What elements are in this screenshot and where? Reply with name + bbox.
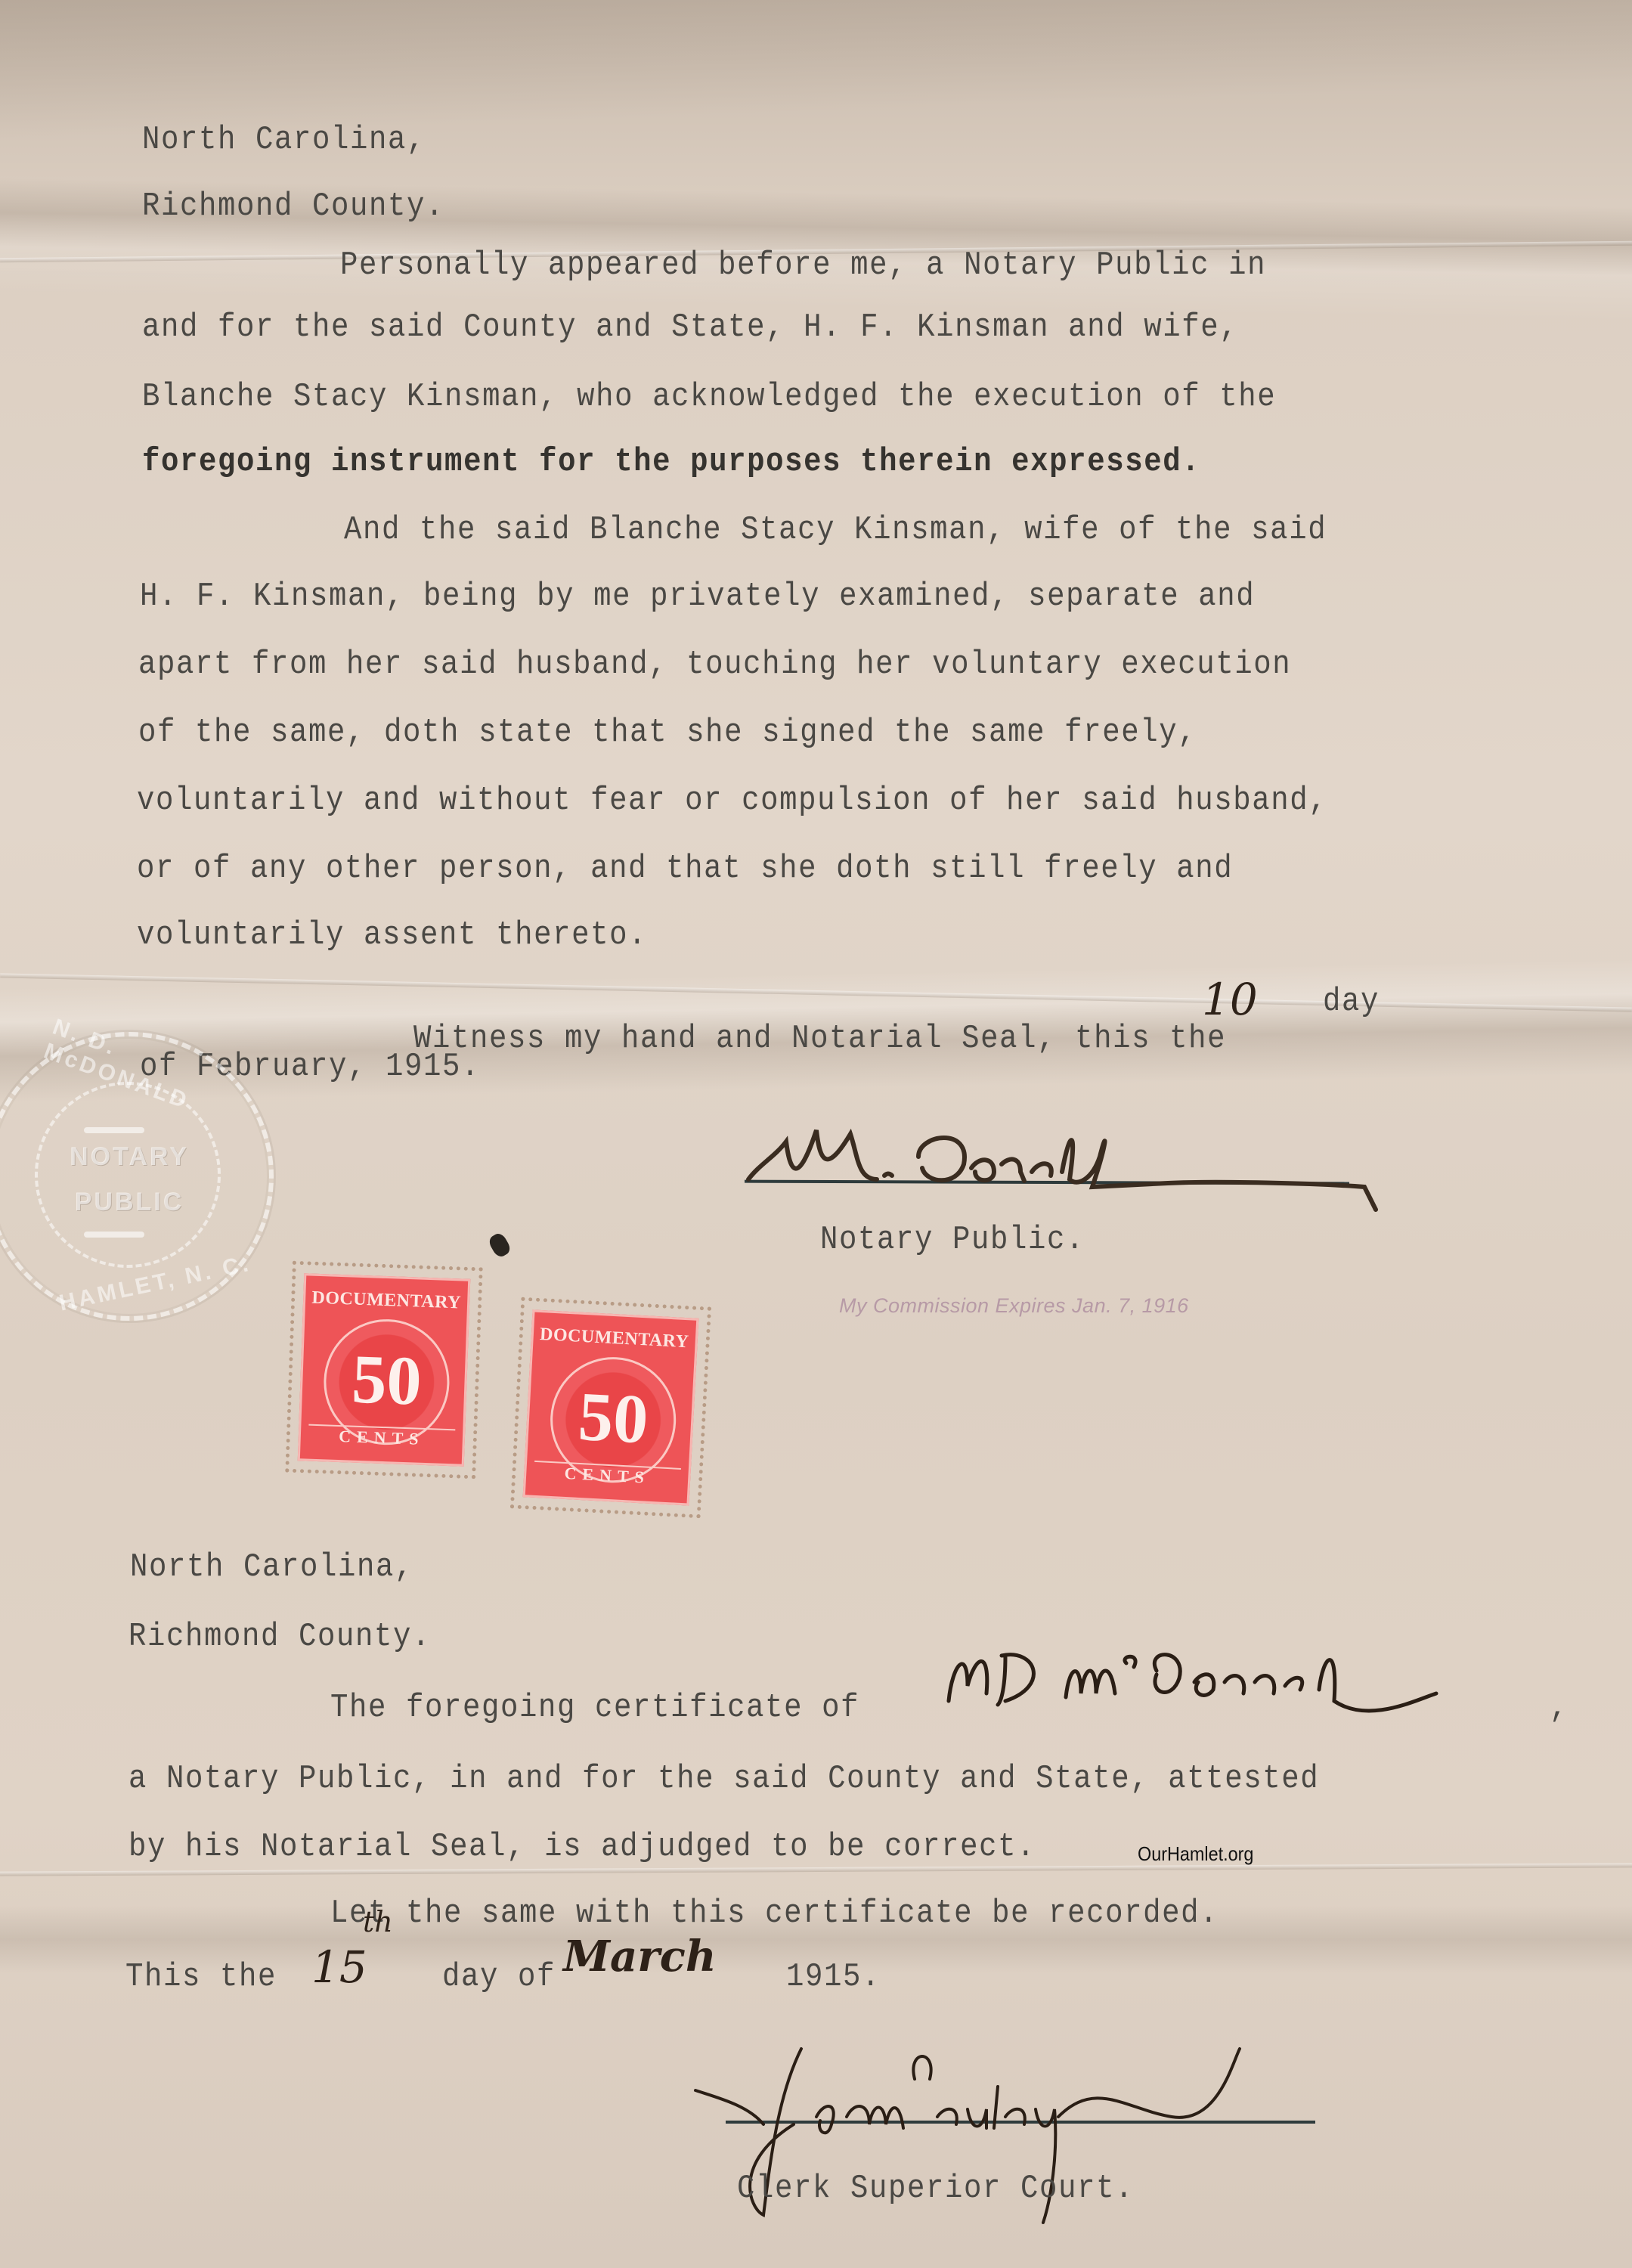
clerk-line1-notary-name: [945, 1641, 1550, 1735]
stamp-body: DOCUMENTARY 50 CENTS: [523, 1309, 699, 1505]
stamp-unit: CENTS: [308, 1424, 455, 1457]
ack-state: North Carolina,: [142, 121, 426, 158]
witness-suffix: day: [1323, 983, 1380, 1020]
ack-para1-line: Blanche Stacy Kinsman, who acknowledged …: [142, 378, 1276, 415]
notary-title: Notary Public.: [820, 1221, 1085, 1258]
witness-day-handwritten: 10: [1202, 974, 1258, 1025]
ack-para1-line: Personally appeared before me, a Notary …: [340, 246, 1266, 283]
notary-signature-scrawl: [745, 1126, 1372, 1232]
clerk-date-month-handwritten: March: [563, 1932, 717, 1981]
ack-county: Richmond County.: [142, 187, 444, 225]
ack-para1-line: and for the said County and State, H. F.…: [142, 308, 1238, 345]
ack-para1-line: foregoing instrument for the purposes th…: [142, 443, 1200, 480]
commission-expires-stamp: My Commission Expires Jan. 7, 1916: [839, 1294, 1189, 1318]
clerk-title: Clerk Superior Court.: [737, 2170, 1134, 2207]
clerk-line1-suffix: ,: [1550, 1689, 1569, 1726]
seal-word-public: PUBLIC: [0, 1188, 269, 1217]
clerk-date-year: 1915.: [786, 1958, 881, 1995]
clerk-state: North Carolina,: [130, 1548, 413, 1585]
clerk-date-prefix: This the: [125, 1958, 277, 1995]
seal-inner-ring: [35, 1082, 221, 1268]
notary-signature: [745, 1126, 1372, 1236]
ack-para2-line: or of any other person, and that she dot…: [137, 850, 1233, 887]
seal-dash: [84, 1232, 144, 1238]
clerk-line2: a Notary Public, in and for the said Cou…: [129, 1760, 1319, 1797]
clerk-date-mid: day of: [442, 1958, 556, 1995]
clerk-date-day-suffix-handwritten: th: [363, 1905, 393, 1938]
clerk-date-day-handwritten: 15: [311, 1941, 367, 1993]
notarial-seal-emboss: N. D. McDONALD NOTARY PUBLIC HAMLET, N. …: [0, 1032, 274, 1321]
clerk-line3: by his Notarial Seal, is adjudged to be …: [129, 1828, 1036, 1865]
watermark: OurHamlet.org: [1138, 1842, 1253, 1866]
stamp-body: DOCUMENTARY 50 CENTS: [298, 1273, 471, 1467]
seal-word-notary: NOTARY: [0, 1142, 269, 1172]
stamp-value: 50: [551, 1374, 676, 1461]
stamp-value: 50: [325, 1337, 449, 1422]
ack-para2-line: And the said Blanche Stacy Kinsman, wife…: [344, 511, 1327, 548]
stamp-unit: CENTS: [533, 1461, 681, 1495]
stamp-top-label: DOCUMENTARY: [533, 1325, 695, 1353]
seal-dash: [84, 1127, 144, 1133]
ack-para2-line: voluntarily and without fear or compulsi…: [137, 782, 1327, 819]
ack-para2-line: apart from her said husband, touching he…: [138, 646, 1291, 683]
clerk-line1-prefix: The foregoing certificate of: [330, 1689, 859, 1726]
stamp-top-label: DOCUMENTARY: [305, 1287, 468, 1313]
notary-name-scrawl: [945, 1641, 1550, 1731]
revenue-stamp: DOCUMENTARY 50 CENTS: [291, 1267, 476, 1473]
witness-prefix: Witness my hand and Notarial Seal, this …: [413, 1020, 1226, 1057]
ack-para2-line: voluntarily assent thereto.: [137, 916, 647, 953]
clerk-county: Richmond County.: [129, 1618, 431, 1655]
ack-para2-line: H. F. Kinsman, being by me privately exa…: [140, 578, 1255, 615]
clerk-line4: Let the same with this certificate be re…: [330, 1895, 1219, 1932]
revenue-stamp: DOCUMENTARY 50 CENTS: [516, 1303, 705, 1512]
ack-para2-line: of the same, doth state that she signed …: [138, 714, 1197, 751]
